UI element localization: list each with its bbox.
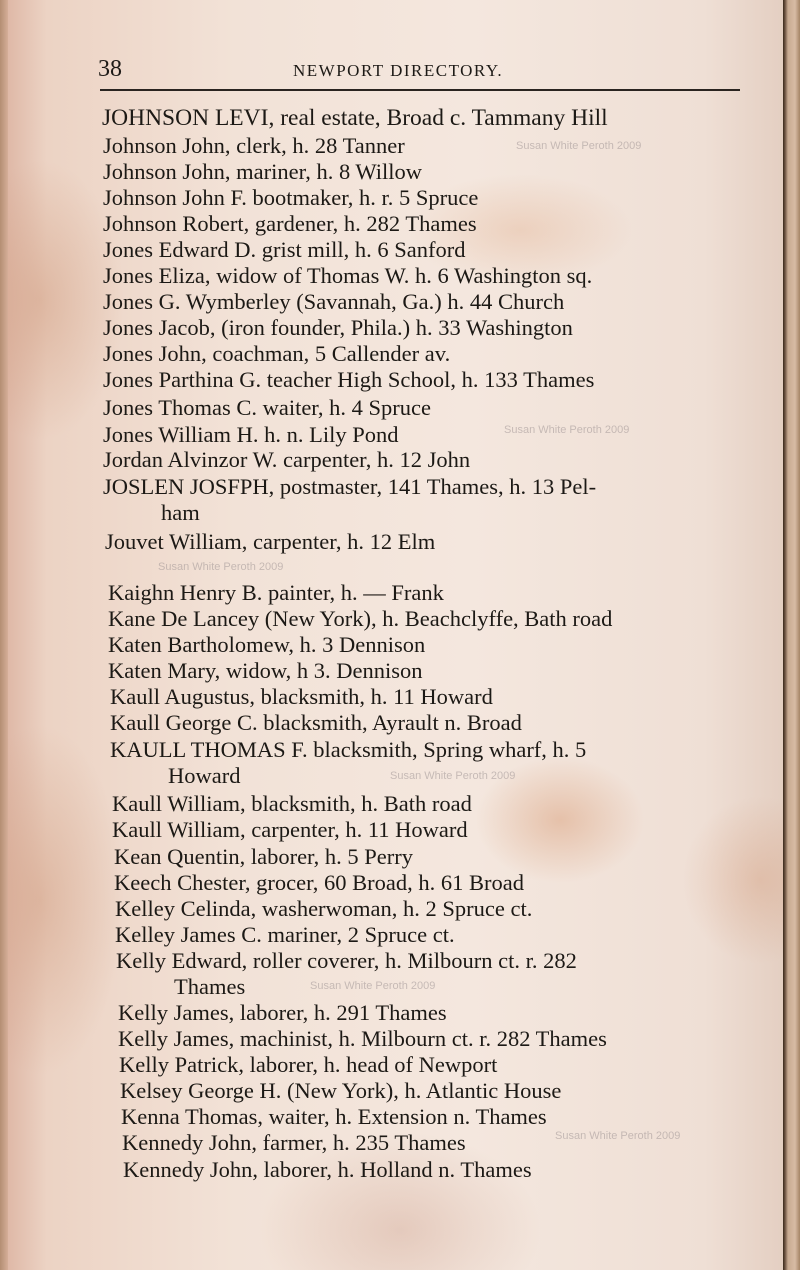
directory-entry: Johnson Robert, gardener, h. 282 Thames <box>103 211 477 237</box>
directory-entry: Katen Mary, widow, h 3. Dennison <box>108 658 423 684</box>
directory-entry: Jouvet William, carpenter, h. 12 Elm <box>105 529 435 555</box>
directory-entry: JOHNSON LEVI, real estate, Broad c. Tamm… <box>102 105 608 131</box>
directory-entry: Kelly James, laborer, h. 291 Thames <box>118 1000 447 1026</box>
directory-entry: Katen Bartholomew, h. 3 Dennison <box>108 632 425 658</box>
directory-entry: Johnson John, mariner, h. 8 Willow <box>103 159 422 185</box>
watermark: Susan White Peroth 2009 <box>158 561 283 573</box>
directory-entries: JOHNSON LEVI, real estate, Broad c. Tamm… <box>0 0 783 1270</box>
watermark: Susan White Peroth 2009 <box>310 980 435 992</box>
directory-entry: Kaighn Henry B. painter, h. — Frank <box>108 580 444 606</box>
directory-entry: Kelley James C. mariner, 2 Spruce ct. <box>115 922 455 948</box>
directory-entry: Jordan Alvinzor W. carpenter, h. 12 John <box>103 447 470 473</box>
directory-entry: Kelly James, machinist, h. Milbourn ct. … <box>118 1026 607 1052</box>
watermark: Susan White Peroth 2009 <box>504 424 629 436</box>
directory-entry: Jones Jacob, (iron founder, Phila.) h. 3… <box>103 315 573 341</box>
watermark: Susan White Peroth 2009 <box>555 1130 680 1142</box>
directory-entry: Kennedy John, laborer, h. Holland n. Tha… <box>123 1157 532 1183</box>
directory-entry: Kelly Patrick, laborer, h. head of Newpo… <box>119 1052 497 1078</box>
directory-entry: Keech Chester, grocer, 60 Broad, h. 61 B… <box>114 870 524 896</box>
directory-entry: Kaull William, carpenter, h. 11 Howard <box>112 817 468 843</box>
entry-continuation: ham <box>103 500 596 526</box>
directory-entry: Jones Thomas C. waiter, h. 4 Spruce <box>103 395 431 421</box>
directory-entry: Jones G. Wymberley (Savannah, Ga.) h. 44… <box>103 289 564 315</box>
book-spine <box>783 0 800 1270</box>
directory-entry: Jones Parthina G. teacher High School, h… <box>103 367 594 393</box>
directory-entry: Kane De Lancey (New York), h. Beachclyff… <box>108 606 612 632</box>
directory-entry: Johnson John, clerk, h. 28 Tanner <box>103 133 405 159</box>
directory-entry: Kennedy John, farmer, h. 235 Thames <box>122 1130 466 1156</box>
directory-entry: JOSLEN JOSFPH, postmaster, 141 Thames, h… <box>103 474 596 526</box>
directory-entry: Jones John, coachman, 5 Callender av. <box>103 341 450 367</box>
directory-entry: Kelsey George H. (New York), h. Atlantic… <box>120 1078 561 1104</box>
directory-entry: Kaull George C. blacksmith, Ayrault n. B… <box>110 710 522 736</box>
watermark: Susan White Peroth 2009 <box>390 770 515 782</box>
directory-entry: Johnson John F. bootmaker, h. r. 5 Spruc… <box>103 185 478 211</box>
directory-entry: Kelley Celinda, washerwoman, h. 2 Spruce… <box>115 896 532 922</box>
directory-entry: Kaull Augustus, blacksmith, h. 11 Howard <box>110 684 493 710</box>
directory-entry: Jones Eliza, widow of Thomas W. h. 6 Was… <box>103 263 592 289</box>
directory-entry: Kean Quentin, laborer, h. 5 Perry <box>114 844 413 870</box>
watermark: Susan White Peroth 2009 <box>516 140 641 152</box>
directory-entry: Jones Edward D. grist mill, h. 6 Sanford <box>103 237 465 263</box>
directory-entry: Kaull William, blacksmith, h. Bath road <box>112 791 472 817</box>
directory-entry: Jones William H. h. n. Lily Pond <box>103 422 399 448</box>
directory-entry: Kelly Edward, roller coverer, h. Milbour… <box>116 948 577 1000</box>
directory-entry: Kenna Thomas, waiter, h. Extension n. Th… <box>121 1104 547 1130</box>
